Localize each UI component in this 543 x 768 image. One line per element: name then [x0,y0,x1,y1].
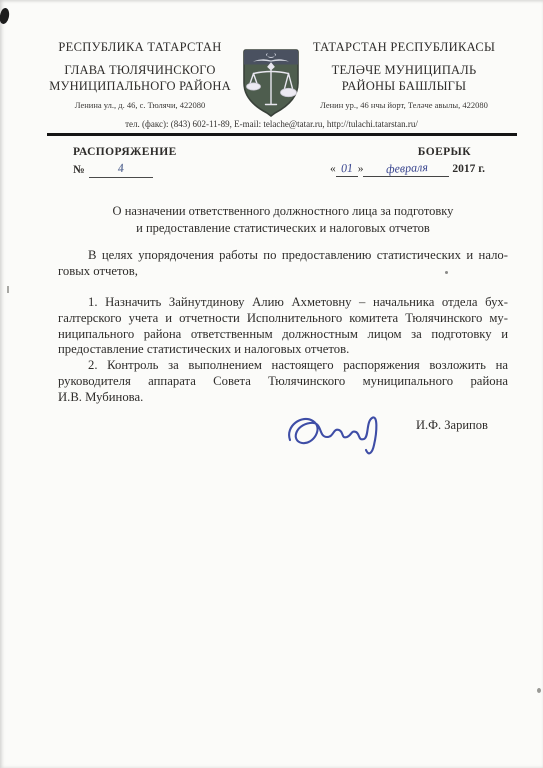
header-divider-rule [47,133,517,136]
signature-block: И.Ф. Зарипов [0,405,543,465]
body-line: В целях упорядочения работы по предостав… [58,248,508,264]
date-year: 2017 г. [452,163,485,175]
body-line: И.В. Мубинова. [58,390,508,406]
document-body: В целях упорядочения работы по предостав… [58,248,508,406]
signature-ink-icon [282,408,394,467]
org-name-ru-line2: МУНИЦИПАЛЬНОГО РАЙОНА [34,78,246,94]
paragraph-item-2: 2. Контроль за выполнением настоящего ра… [58,358,508,405]
document-title: О назначении ответственного должностного… [58,203,508,236]
order-type-ru: РАСПОРЯЖЕНИЕ [73,146,177,158]
order-number-label: № [73,164,85,176]
date-month-blank: февраля [363,161,449,177]
date-day-handwritten: 01 [340,161,353,177]
address-ru: Ленина ул., д. 46, с. Тюлячи, 422080 [34,100,246,110]
date-day-blank: 01 [336,161,358,177]
date-month-handwritten: февраля [385,160,428,177]
republic-name-tt: ТАТАРСТАН РЕСПУБЛИКАСЫ [298,40,510,55]
scan-artifact [0,7,11,25]
contact-line: тел. (факс): (843) 602-11-89, E-mail: te… [0,119,543,129]
scan-artifact [7,286,9,293]
signer-name: И.Ф. Зарипов [416,418,488,433]
title-line1: О назначении ответственного должностного… [58,203,508,220]
body-line: руководителя аппарата Совета Тюлячинског… [58,374,508,390]
paragraph-intro: В целях упорядочения работы по предостав… [58,248,508,280]
body-line: предоставление статистических и налоговы… [58,342,508,358]
scan-artifact [537,688,541,693]
scanned-document-page: РЕСПУБЛИКА ТАТАРСТАН ГЛАВА ТЮЛЯЧИНСКОГО … [0,0,543,768]
order-heading-ru: РАСПОРЯЖЕНИЕ №4 [73,146,177,178]
body-line: ниципального района ответственным должно… [58,327,508,343]
order-heading-tt: БОЕРЫК «01»февраля 2017 г. [330,146,485,177]
org-name-tt-line1: ТЕЛӘЧЕ МУНИЦИПАЛЬ [298,62,510,78]
coat-of-arms-icon [240,47,302,119]
letterhead-left-column: РЕСПУБЛИКА ТАТАРСТАН ГЛАВА ТЮЛЯЧИНСКОГО … [34,40,246,110]
order-date-line: «01»февраля 2017 г. [330,161,485,177]
letterhead-right-column: ТАТАРСТАН РЕСПУБЛИКАСЫ ТЕЛӘЧЕ МУНИЦИПАЛЬ… [298,40,510,110]
paragraph-item-1: 1. Назначить Зайнутдинову Алию Ахметовну… [58,295,508,358]
republic-name-ru: РЕСПУБЛИКА ТАТАРСТАН [34,40,246,55]
body-line: 1. Назначить Зайнутдинову Алию Ахметовну… [58,295,508,311]
order-number-blank: 4 [89,162,153,178]
title-line2: и предоставление статистических и налого… [58,220,508,237]
address-tt: Ленин ур., 46 нчы йорт, Теләче авылы, 42… [298,100,510,110]
body-line: галтерского учета и отчетности Исполните… [58,311,508,327]
body-line: говых отчетов, [58,264,508,280]
order-type-tt: БОЕРЫК [330,146,485,158]
order-number-handwritten: 4 [117,161,125,177]
org-name-ru-line1: ГЛАВА ТЮЛЯЧИНСКОГО [34,62,246,78]
org-name-tt-line2: РАЙОНЫ БАШЛЫГЫ [298,78,510,94]
body-line: 2. Контроль за выполнением настоящего ра… [58,358,508,374]
